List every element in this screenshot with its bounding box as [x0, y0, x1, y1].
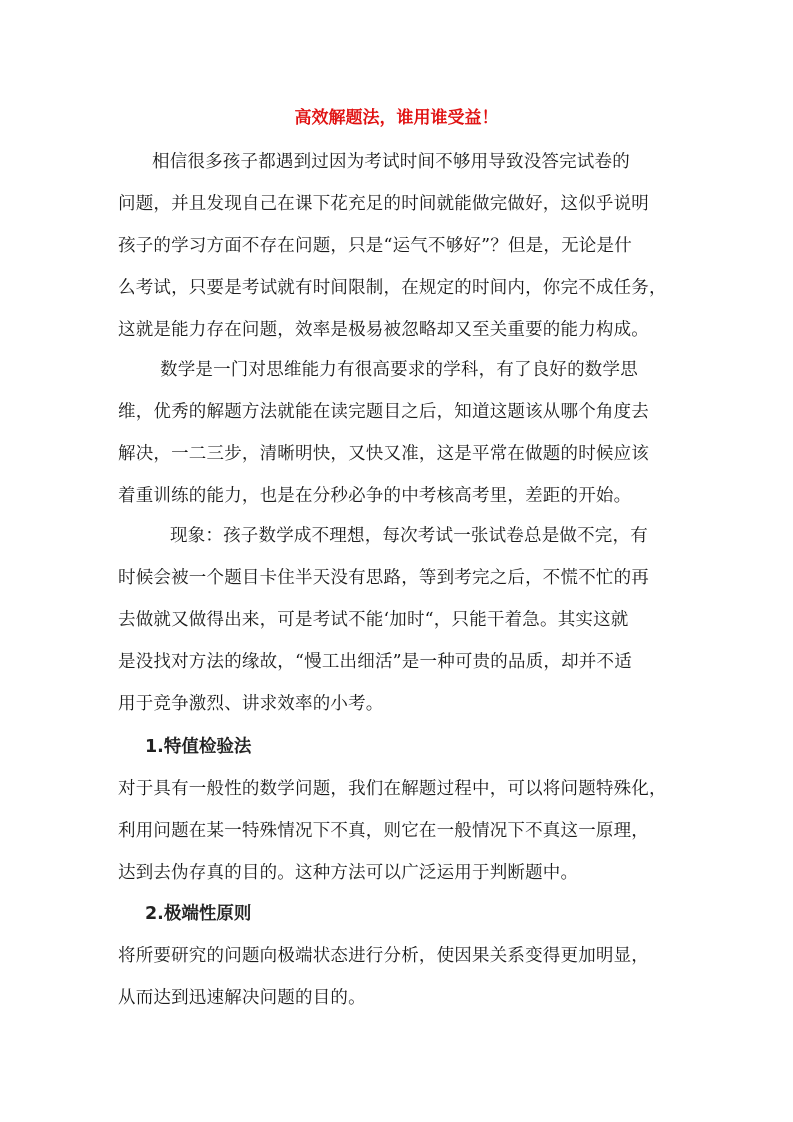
section-line: 从而达到迅速解决问题的目的。 — [118, 984, 366, 1009]
section-line: 达到去伪存真的目的。这种方法可以广泛运用于判断题中。 — [118, 859, 578, 884]
paragraph-line: 相信很多孩子都遇到过因为考试时间不够用导致没答完试卷的 — [152, 148, 630, 173]
document-title: 高效解题法，谁用谁受益！ — [0, 103, 793, 128]
paragraph-line: 解决，一二三步，清晰明快，又快又准，这是平常在做题的时候应该 — [118, 440, 649, 465]
paragraph-line: 是没找对方法的缘故，“慢工出细活”是一种可贵的品质，却并不适 — [118, 648, 632, 673]
paragraph-line: 数学是一门对思维能力有很高要求的学科，有了良好的数学思 — [160, 356, 638, 381]
section-line: 利用问题在某一特殊情况下不真，则它在一般情况下不真这一原理， — [118, 817, 649, 842]
paragraph-line: 现象：孩子数学成不理想，每次考试一张试卷总是做不完，有 — [170, 522, 648, 547]
paragraph-line: 去做就又做得出来，可是考试不能‘加时“，只能干着急。其实这就 — [118, 606, 629, 631]
paragraph-line: 时候会被一个题目卡住半天没有思路，等到考完之后，不慌不忙的再 — [118, 564, 649, 589]
paragraph-line: 维，优秀的解题方法就能在读完题目之后，知道这题该从哪个角度去 — [118, 398, 649, 423]
paragraph-line: 这就是能力存在问题，效率是极易被忽略却又至关重要的能力构成。 — [118, 316, 649, 341]
paragraph-line: 孩子的学习方面不存在问题，只是“运气不够好”？但是，无论是什 — [118, 232, 632, 257]
document-page: 高效解题法，谁用谁受益！ 相信很多孩子都遇到过因为考试时间不够用导致没答完试卷的… — [0, 0, 793, 1122]
paragraph-line: 用于竞争激烈、讲求效率的小考。 — [118, 690, 384, 715]
section-line: 对于具有一般性的数学问题，我们在解题过程中，可以将问题特殊化， — [118, 775, 667, 800]
paragraph-line: 着重训练的能力，也是在分秒必争的中考核高考里，差距的开始。 — [118, 482, 631, 507]
section-heading: 1.特值检验法 — [145, 733, 251, 758]
section-line: 将所要研究的问题向极端状态进行分析，使因果关系变得更加明显， — [118, 942, 649, 967]
paragraph-line: 问题，并且发现自己在课下花充足的时间就能做完做好，这似乎说明 — [118, 190, 649, 215]
paragraph-line: 么考试，只要是考试就有时间限制，在规定的时间内，你完不成任务， — [118, 274, 667, 299]
section-heading: 2.极端性原则 — [145, 900, 251, 925]
